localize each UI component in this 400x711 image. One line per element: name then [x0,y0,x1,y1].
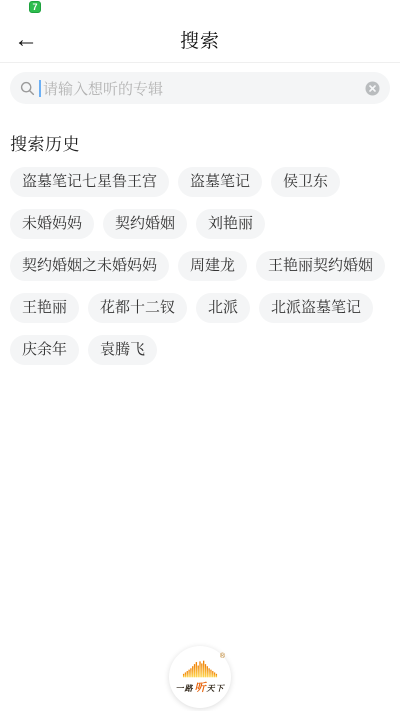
back-button[interactable]: ← [8,17,44,63]
history-chip[interactable]: 侯卫东 [271,167,340,197]
history-chip[interactable]: 刘艳丽 [196,209,265,239]
history-chip[interactable]: 盗墓笔记七星鲁王宫 [10,167,169,197]
search-icon [20,81,35,96]
history-chip[interactable]: 未婚妈妈 [10,209,94,239]
text-cursor [39,80,41,97]
clear-icon[interactable] [365,81,380,96]
brand-name: 一路 听 天下 [176,679,225,695]
search-placeholder: 请输入想听的专辑 [43,78,365,99]
equalizer-icon [177,660,223,678]
history-chips: 盗墓笔记七星鲁王宫盗墓笔记侯卫东未婚妈妈契约婚姻刘艳丽契约婚姻之未婚妈妈周建龙王… [10,167,390,365]
brand-part-right: 天下 [207,683,225,694]
history-chip[interactable]: 盗墓笔记 [178,167,262,197]
brand-logo: ® 一路 听 天下 [169,646,231,708]
brand-part-accent: 听 [195,679,206,695]
page-title: 搜索 [180,26,220,53]
history-chip[interactable]: 周建龙 [178,251,247,281]
history-chip[interactable]: 契约婚姻之未婚妈妈 [10,251,169,281]
history-chip[interactable]: 北派盗墓笔记 [259,293,373,323]
history-chip[interactable]: 庆余年 [10,335,79,365]
registered-mark: ® [220,653,225,660]
brand-part-left: 一路 [176,683,194,694]
history-chip[interactable]: 王艳丽 [10,293,79,323]
history-title: 搜索历史 [10,130,390,155]
history-chip[interactable]: 花都十二钗 [88,293,187,323]
history-chip[interactable]: 袁腾飞 [88,335,157,365]
history-chip[interactable]: 王艳丽契约婚姻 [256,251,385,281]
header: ← 搜索 [0,0,400,63]
search-page: 7 ← 搜索 请输入想听的专辑 搜索历史 盗墓笔记七星鲁王宫 [0,0,400,711]
search-input[interactable]: 请输入想听的专辑 [10,72,390,104]
search-row: 请输入想听的专辑 [10,72,390,104]
history-chip[interactable]: 北派 [196,293,250,323]
history-chip[interactable]: 契约婚姻 [103,209,187,239]
